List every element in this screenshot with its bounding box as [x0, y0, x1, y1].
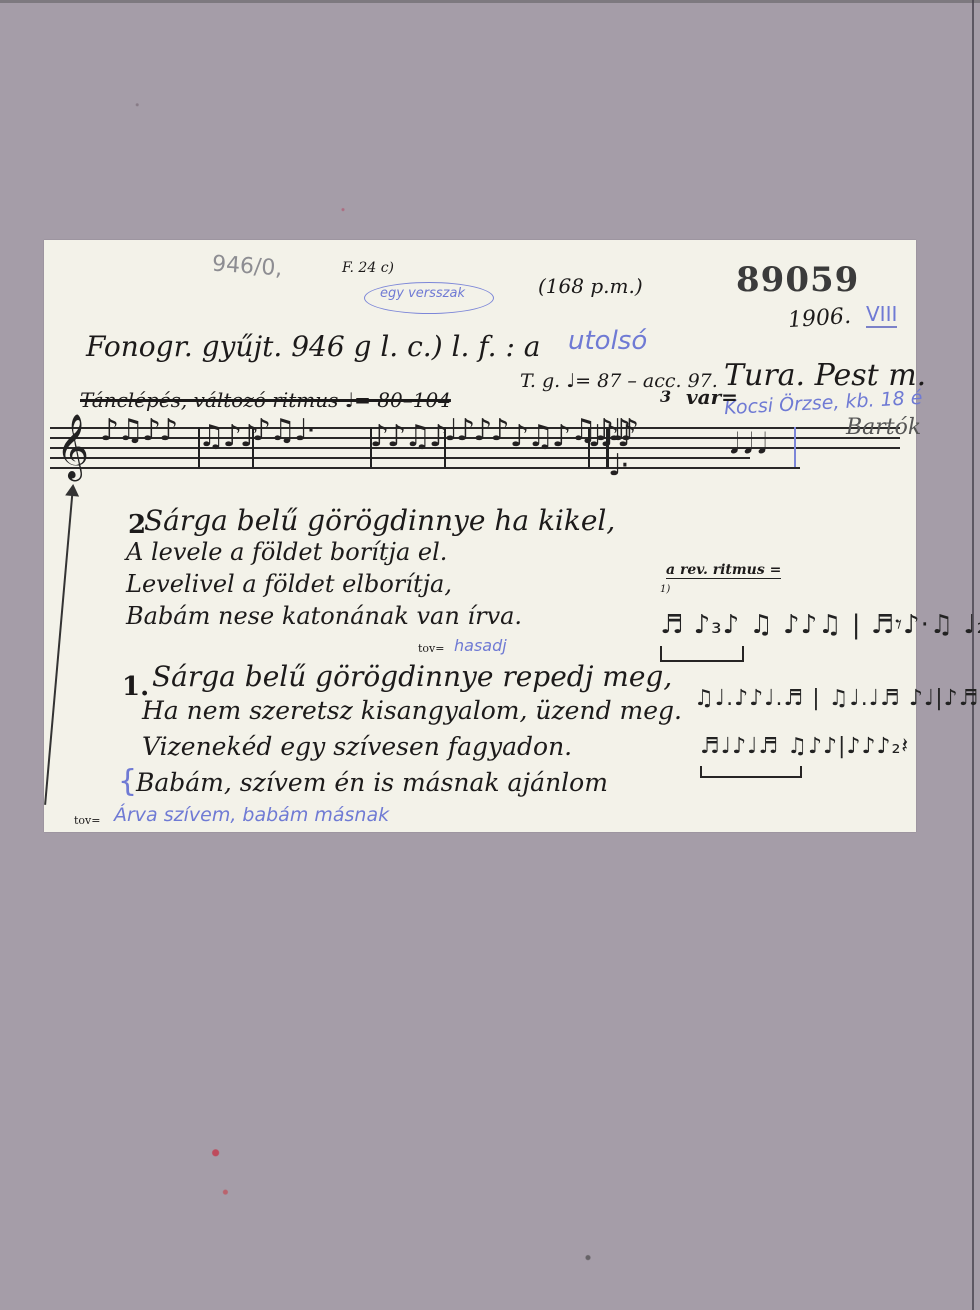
quintuplet-bracket: [700, 766, 802, 778]
measure: ♫♪♪: [198, 419, 257, 454]
music-staff: 𝄞 ♪♫♪♪♫♪♪♪♫♩·♪♪♫♪♩♪♪♪♪♫♪♫♪♪♩♪♪♩♪ ♩· 3 va…: [50, 427, 910, 479]
alt-line-4: Árva szívem, babám másnak: [114, 804, 389, 826]
alt-prefix-line-4: tov=: [74, 814, 100, 827]
struck-line: Tánclépés, változó ritmus ♩= 80–104: [80, 388, 451, 412]
variant-number: 3: [660, 387, 671, 406]
barline: [444, 427, 446, 467]
barline: [588, 427, 590, 467]
header-blue-annotation: utolsó: [568, 326, 647, 356]
brace-icon: {: [118, 764, 137, 799]
alt-prefix: tov=: [418, 642, 444, 655]
measure: ♪♪♫♪: [370, 419, 446, 454]
signature: Bartók: [846, 415, 921, 440]
rhythm-title: a rev. ritmus =: [666, 562, 781, 579]
inventory-number-stamp: 89059: [736, 260, 859, 300]
variant-notes: 𝅘𝅥 𝅘𝅥 𝅘𝅥: [730, 427, 765, 461]
stanza-2-line-1: Sárga belű görögdinnye ha kikel,: [144, 504, 615, 537]
stanza-1-line-4: Babám, szívem én is másnak ajánlom: [136, 768, 608, 797]
stanza-1-line-2: Ha nem szeretsz kisangyalom, üzend meg.: [142, 696, 682, 725]
recording-ref: (168 p.m.): [538, 274, 643, 298]
measure: ♪♫♪♪: [100, 413, 176, 448]
folio-reference: F. 24 c): [342, 260, 394, 276]
measure: ♪♫♩·: [252, 413, 314, 448]
variant-barline: [794, 427, 796, 467]
arrow-icon: [44, 486, 74, 805]
measure: ♩♪♪♪: [444, 413, 508, 448]
measure: ♪♫♪: [510, 419, 569, 454]
variant-label: var=: [686, 385, 738, 409]
date-month: VIII: [866, 302, 897, 328]
staff-line: [50, 467, 800, 469]
date-year: 1906.: [787, 304, 852, 333]
rhythm-footnote-marker: 1): [660, 584, 670, 595]
staff-line: [50, 457, 750, 459]
balloon-annotation: egy versszak: [380, 286, 465, 301]
collection-header: Fonogr. gyűjt. 946 g l. c.) l. f. : a: [86, 330, 540, 363]
stanza-2-line-4: Babám nese katonának van írva.: [126, 602, 522, 630]
barline: [198, 427, 200, 467]
final-barline: [606, 427, 609, 467]
treble-clef-icon: 𝄞: [56, 419, 89, 475]
rhythm-row-1: ♬ ♪₃♪ ♫ ♪♪♫ | ♬𝄾♪·♫ ♩₂:||: [660, 610, 980, 641]
stanza-2-line-2: A levele a földet borítja el.: [126, 538, 447, 566]
manuscript-card: 946/0, F. 24 c) egy versszak (168 p.m.) …: [44, 240, 916, 832]
stanza-1-line-3: Vizenekéd egy szívesen fagyadon.: [142, 732, 572, 761]
stanza-1-line-1: Sárga belű görögdinnye repedj meg,: [152, 660, 672, 693]
alt-word-line-1: hasadj: [454, 636, 507, 655]
mount-right-edge: [972, 0, 974, 1310]
barline: [370, 427, 372, 467]
rhythm-row-2: ♫♩.♪♪♩.♬ | ♫♩.♩♬ ♪♩|♪♬ ♩₂: [694, 686, 980, 711]
rhythm-row-3: ♬♩♪♩♬ ♫♪♪|♪♪♪₂𝄽: [700, 734, 909, 759]
pencil-reference: 946/0,: [211, 252, 283, 282]
stanza-2-line-3: Levelivel a földet elborítja,: [126, 570, 452, 598]
measure: ♩♪ ♩·: [608, 413, 637, 483]
mount-top-edge: [0, 0, 980, 3]
barline: [252, 427, 254, 467]
tuplet-bracket: [660, 646, 744, 662]
